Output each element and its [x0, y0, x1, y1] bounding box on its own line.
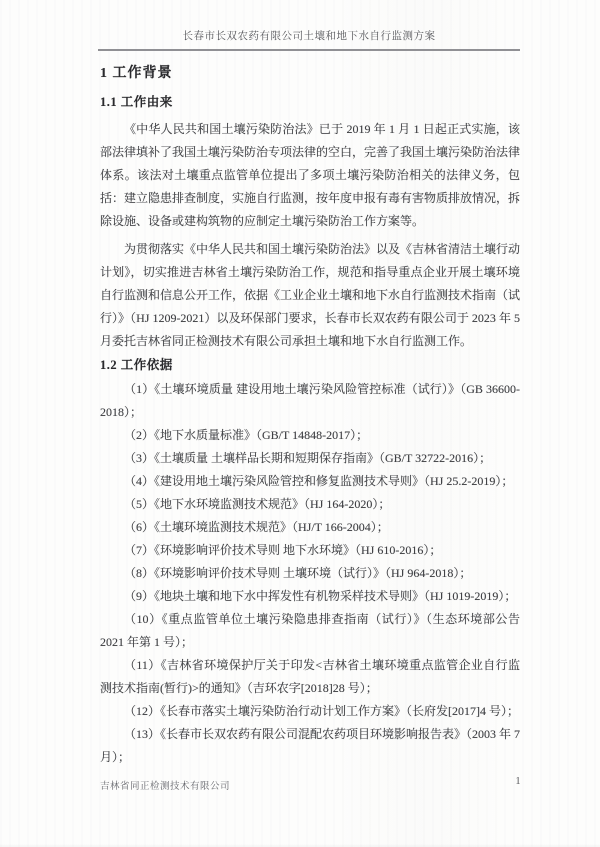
reference-item: （1）《土壤环境质量 建设用地土壤污染风险管控标准（试行）》（GB 36600-…	[100, 378, 520, 424]
footer-company: 吉林省同正检测技术有限公司	[100, 778, 230, 792]
paragraph: 《中华人民共和国土壤污染防治法》已于 2019 年 1 月 1 日起正式实施，该…	[100, 118, 520, 233]
reference-item: （7）《环境影响评价技术导则 地下水环境》（HJ 610-2016）；	[100, 539, 520, 562]
reference-item: （3）《土壤质量 土壤样品长期和短期保存指南》（GB/T 32722-2016）…	[100, 447, 520, 470]
section-1-heading: 1 工作背景	[100, 64, 520, 84]
reference-item: （6）《土壤环境监测技术规范》（HJ/T 166-2004）；	[100, 516, 520, 539]
reference-item: （12）《长春市落实土壤污染防治行动计划工作方案》（长府发[2017]4 号）；	[100, 700, 520, 723]
reference-item: （11）《吉林省环境保护厅关于印发<吉林省土壤环境重点监管企业自行监测技术指南(…	[100, 654, 520, 700]
section-1-1-heading: 1.1 工作由来	[100, 94, 520, 110]
document-page: 长春市长双农药有限公司土壤和地下水自行监测方案 1 工作背景 1.1 工作由来 …	[0, 0, 600, 847]
reference-item: （10）《重点监管单位土壤污染隐患排查指南（试行）》（生态环境部公告 2021 …	[100, 608, 520, 654]
section-1-2-heading: 1.2 工作依据	[100, 357, 520, 373]
paragraph: 为贯彻落实《中华人民共和国土壤污染防治法》以及《吉林省清洁土壤行动计划》，切实推…	[100, 238, 520, 353]
page-number: 1	[508, 776, 528, 787]
reference-item: （4）《建设用地土壤污染风险管控和修复监测技术导则》（HJ 25.2-2019）…	[100, 470, 520, 493]
reference-item: （2）《地下水质量标准》（GB/T 14848-2017）；	[100, 424, 520, 447]
reference-item: （13）《长春市长双农药有限公司混配农药项目环境影响报告表》（2003 年 7 …	[100, 723, 520, 769]
reference-item: （8）《环境影响评价技术导则 土壤环境（试行）》（HJ 964-2018）；	[100, 562, 520, 585]
document-body: 1 工作背景 1.1 工作由来 《中华人民共和国土壤污染防治法》已于 2019 …	[100, 0, 520, 769]
reference-item: （9）《地块土壤和地下水中挥发性有机物采样技术导则》（HJ 1019-2019）…	[100, 585, 520, 608]
reference-item: （5）《地下水环境监测技术规范》（HJ 164-2020）；	[100, 493, 520, 516]
